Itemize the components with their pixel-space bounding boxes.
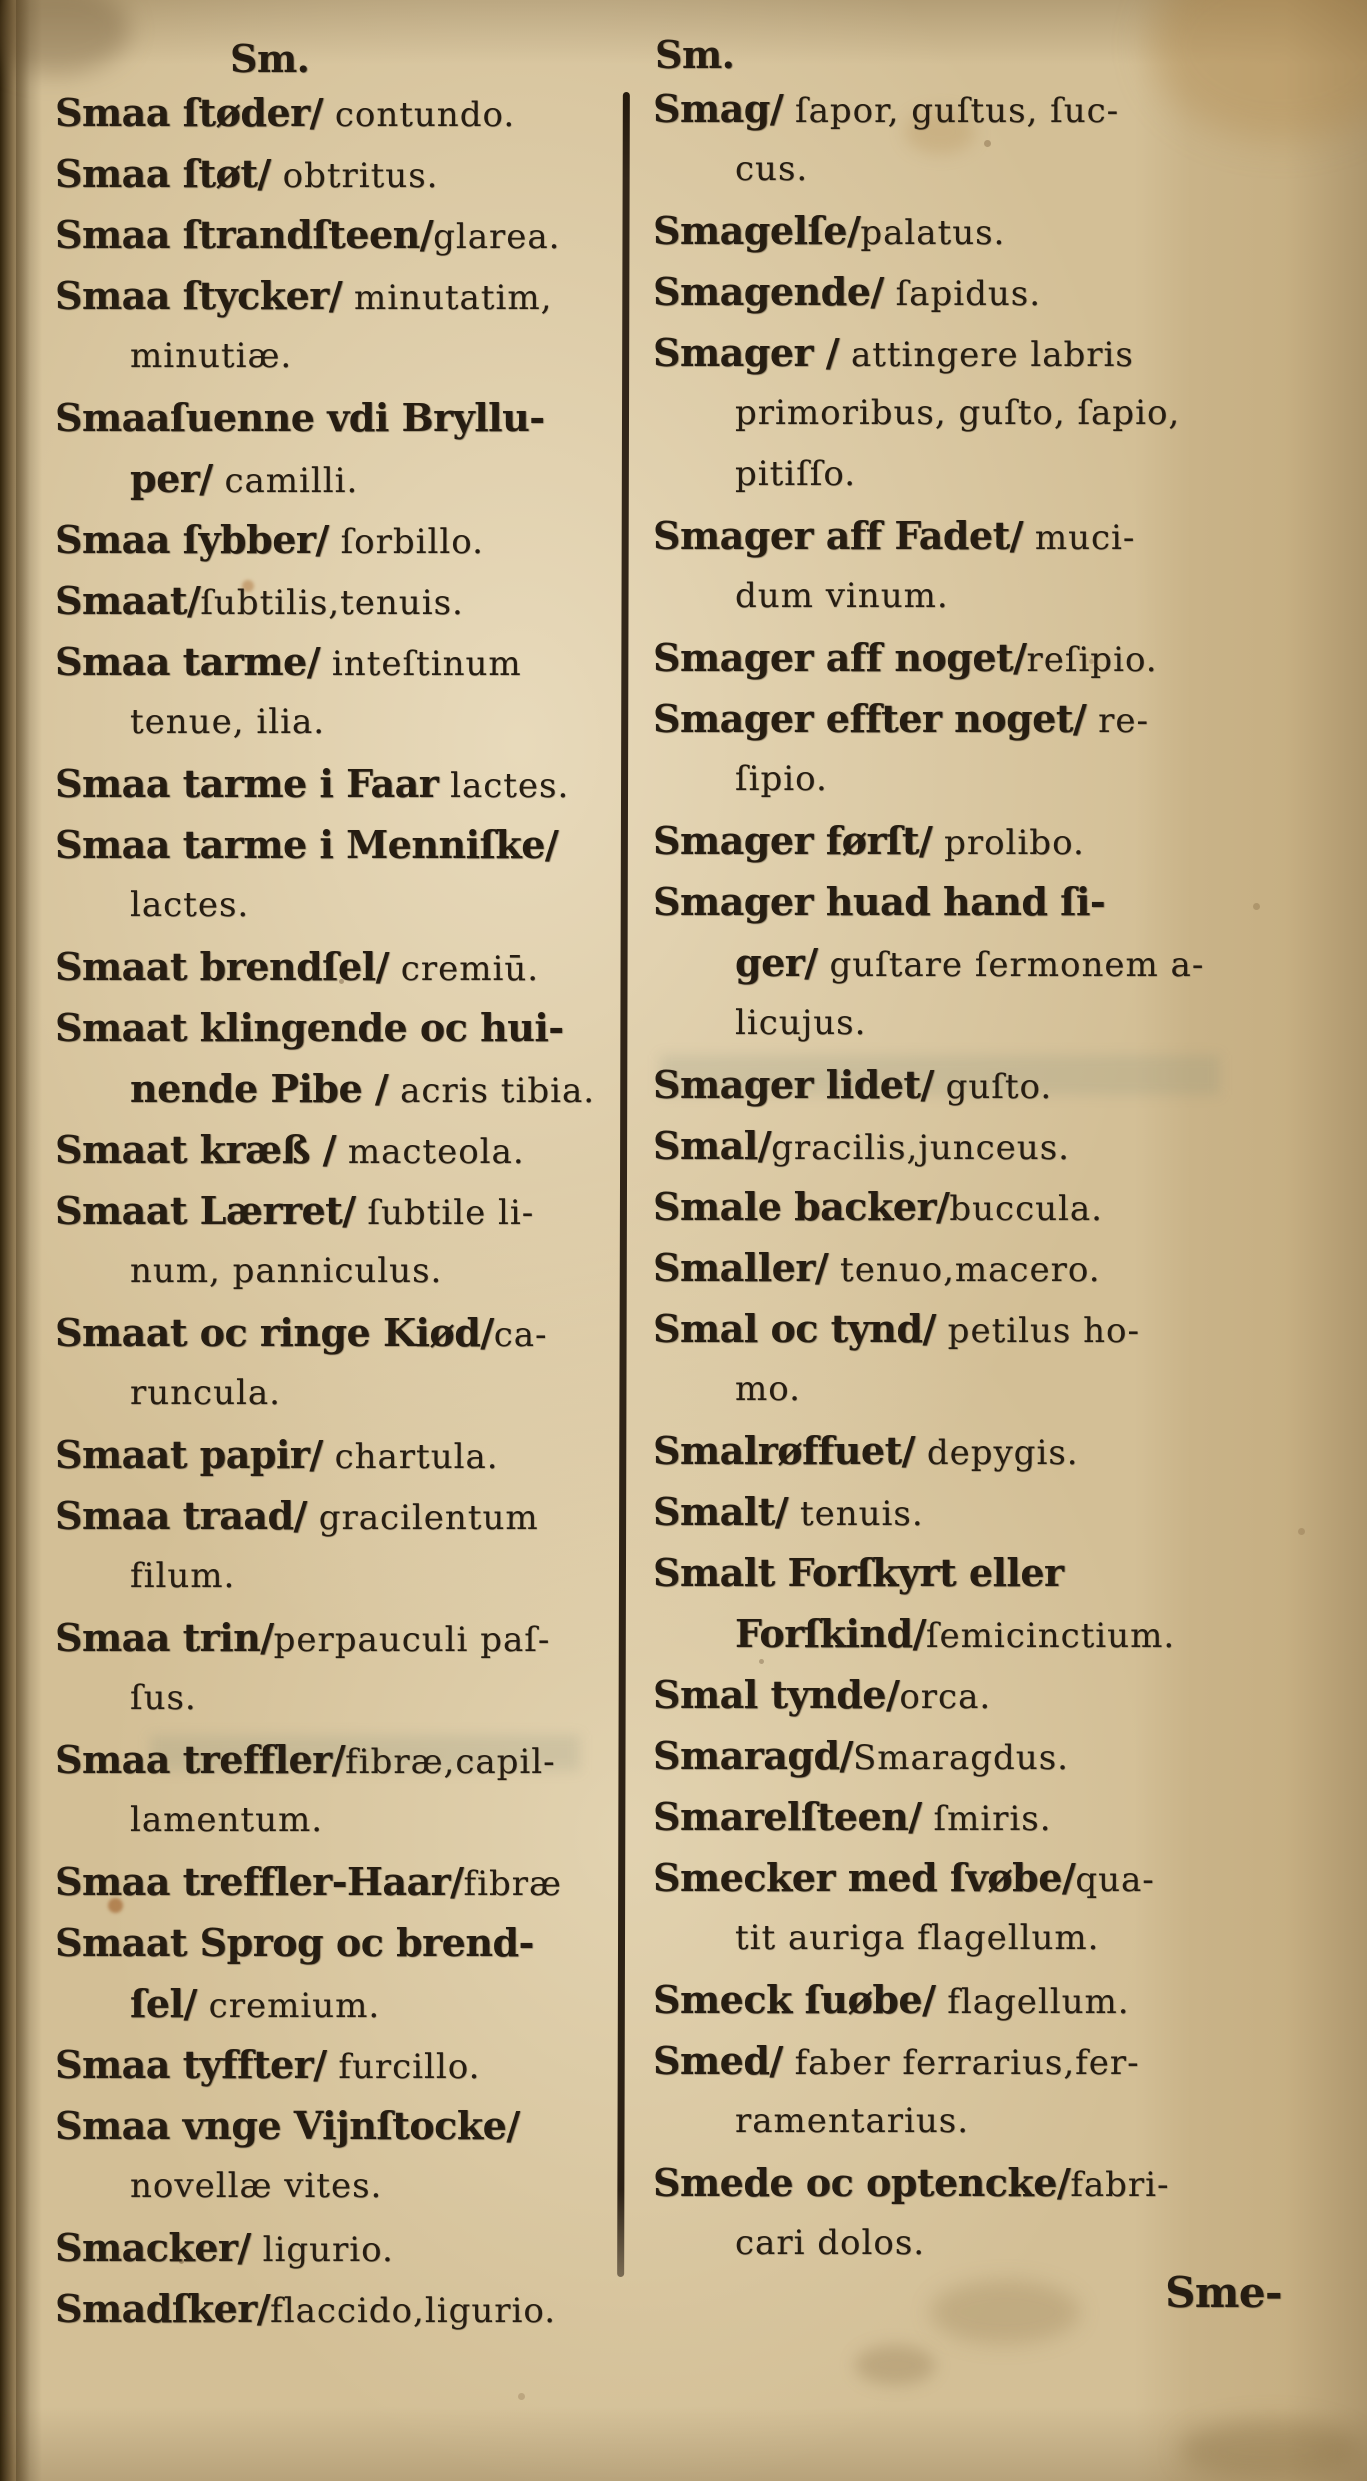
headword-text: Smadſker/ [55,2286,270,2331]
latin-gloss-text: fabri- [1070,2165,1169,2205]
headword-text: Smaat Lærret/ [55,1188,356,1233]
latin-gloss-text: ſapor, guſtus, ſuc- [783,91,1119,131]
latin-gloss-text: macteola. [336,1132,525,1172]
entry-line: lactes. [55,875,630,936]
headword-text: Smaa tyffter/ [55,2042,327,2087]
latin-gloss-text: camilli. [213,461,359,501]
entry-line: ſus. [55,1668,630,1729]
latin-gloss-text: prolibo. [932,823,1085,863]
entry-line: Smal oc tynd/ petilus ho- [653,1298,1353,1359]
latin-gloss-text: qua- [1075,1860,1154,1900]
latin-gloss-text: glarea. [433,217,560,257]
entry-line: Smag/ ſapor, guſtus, ſuc- [653,78,1353,139]
latin-gloss-text: perpauculi paſ- [274,1620,551,1660]
latin-gloss-text: reſipio. [1026,640,1157,680]
entry-line: primoribus, guſto, ſapio, [653,383,1353,444]
latin-gloss-text: palatus. [860,213,1005,253]
headword-text: Smaller/ [653,1245,828,1290]
latin-gloss-text: ligurio. [251,2230,394,2270]
entry-line: Smager aff noget/reſipio. [653,627,1353,688]
entry-line: Smal/gracilis,junceus. [653,1115,1353,1176]
entry-line: Smalrøffuet/ depygis. [653,1420,1353,1481]
entry-line: Smaa trin/perpauculi paſ- [55,1607,630,1668]
latin-gloss-text: cus. [735,149,808,189]
latin-gloss-text: contundo. [323,95,515,135]
entry-line: Smaa tarme i Menniſke/ [55,814,630,875]
entry-line: cus. [653,139,1353,200]
latin-gloss-text: gracilentum [307,1498,539,1538]
latin-gloss-text: chartula. [323,1437,499,1477]
left-column: Smaa ſtøder/ contundo.Smaa ſtøt/ obtritu… [55,82,630,2339]
entry-line: mo. [653,1359,1353,1420]
entry-line: Forſkind/ſemicinctium. [653,1603,1353,1664]
latin-gloss-text: Smaragdus. [853,1738,1069,1778]
entry-line: lamentum. [55,1790,630,1851]
running-head-right: Sm. [655,32,734,77]
headword-text: Smalt/ [653,1489,788,1534]
entry-line: Smal tynde/orca. [653,1664,1353,1725]
paper-stain [1180,2420,1360,2480]
headword-text: Smaat Sprog oc brend- [55,1920,534,1965]
entry-line: Smale backer/buccula. [653,1176,1353,1237]
headword-text: Smager lidet/ [653,1062,934,1107]
headword-text: Smager / [653,330,839,375]
entry-line: Smarelſteen/ ſmiris. [653,1786,1353,1847]
latin-gloss-text: dum vinum. [735,576,949,616]
latin-gloss-text: ramentarius. [735,2101,969,2141]
entry-line: Smagende/ ſapidus. [653,261,1353,322]
latin-gloss-text: licujus. [735,1003,866,1043]
latin-gloss-text: primoribus, guſto, ſapio, [735,393,1180,433]
entry-line: Smaa ſybber/ ſorbillo. [55,509,630,570]
headword-text: Smaa ſtycker/ [55,273,342,318]
headword-text: Smaat kræß / [55,1127,336,1172]
book-page-scan: Sm. Sm. Smaa ſtøder/ contundo.Smaa ſtøt/… [0,0,1367,2481]
paper-specks [0,0,3,3]
headword-text: Smalrøffuet/ [653,1428,915,1473]
headword-text: Smal oc tynd/ [653,1306,936,1351]
entry-line: Smacker/ ligurio. [55,2217,630,2278]
entry-line: Smaa tarme/ inteſtinum [55,631,630,692]
latin-gloss-text: inteſtinum [320,644,522,684]
entry-line: Smaa vnge Vijnſtocke/ [55,2095,630,2156]
headword-text: Smaa tarme/ [55,639,320,684]
entry-line: minutiæ. [55,326,630,387]
headword-text: Smal/ [653,1123,771,1168]
entry-line: Smaller/ tenuo,macero. [653,1237,1353,1298]
entry-line: Smaat oc ringe Kiød/ca- [55,1302,630,1363]
entry-line: licujus. [653,993,1353,1054]
entry-line: Smaat/ſubtilis,tenuis. [55,570,630,631]
entry-line: per/ camilli. [55,448,630,509]
latin-gloss-text: ſubtilis,tenuis. [200,583,464,623]
latin-gloss-text: petilus ho- [936,1311,1140,1351]
entry-line: Smaat Lærret/ ſubtile li- [55,1180,630,1241]
latin-gloss-text: guſtare ſermonem a- [818,945,1205,985]
latin-gloss-text: lamentum. [130,1800,323,1840]
entry-line: novellæ vites. [55,2156,630,2217]
entry-line: ſel/ cremium. [55,1973,630,2034]
entry-line: num, panniculus. [55,1241,630,1302]
headword-text: Smaa treffler-Haar/ [55,1859,464,1904]
latin-gloss-text: gracilis,junceus. [771,1128,1070,1168]
latin-gloss-text: mo. [735,1369,801,1409]
entry-line: Smaat Sprog oc brend- [55,1912,630,1973]
latin-gloss-text: lactes. [130,885,249,925]
entry-line: Smagelſe/palatus. [653,200,1353,261]
entry-line: Smaa tyffter/ furcillo. [55,2034,630,2095]
latin-gloss-text: muci- [1023,518,1135,558]
latin-gloss-text: attingere labris [839,335,1134,375]
entry-line: ramentarius. [653,2091,1353,2152]
headword-text: Smaa trin/ [55,1615,274,1660]
headword-text: Smaa treffler/ [55,1737,345,1782]
latin-gloss-text: cremiū. [389,949,539,989]
latin-gloss-text: tenue, ilia. [130,702,325,742]
latin-gloss-text: ſapidus. [884,274,1041,314]
headword-text: Smaa vnge Vijnſtocke/ [55,2103,520,2148]
headword-text: Smaat oc ringe Kiød/ [55,1310,494,1355]
entry-line: Smalt Forſkyrt eller [653,1542,1353,1603]
entry-line: Smaa ſtøt/ obtritus. [55,143,630,204]
headword-text: ger/ [735,940,818,985]
entry-line: Smager lidet/ guſto. [653,1054,1353,1115]
headword-text: Smecker med ſvøbe/ [653,1855,1075,1900]
entry-line: Smager førſt/ prolibo. [653,810,1353,871]
latin-gloss-text: cremium. [197,1986,380,2026]
headword-text: per/ [130,456,213,501]
latin-gloss-text: ſipio. [735,759,828,799]
entry-line: Smaaſuenne vdi Bryllu- [55,387,630,448]
headword-text: Smager aff noget/ [653,635,1026,680]
headword-text: Smaragd/ [653,1733,853,1778]
headword-text: Smager effter noget/ [653,696,1086,741]
headword-text: Smaa traad/ [55,1493,307,1538]
headword-text: Smale backer/ [653,1184,949,1229]
headword-text: Smed/ [653,2038,783,2083]
latin-gloss-text: buccula. [949,1189,1103,1229]
headword-text: Smager førſt/ [653,818,932,863]
latin-gloss-text: fibræ,capil- [345,1742,556,1782]
entry-line: cari dolos. [653,2213,1353,2274]
entry-line: Smaa treffler-Haar/fibræ [55,1851,630,1912]
headword-text: Smaaſuenne vdi Bryllu- [55,395,545,440]
headword-text: Smager huad hand ſi- [653,879,1105,924]
entry-line: tenue, ilia. [55,692,630,753]
entry-line: Smaragd/Smaragdus. [653,1725,1353,1786]
entry-line: Smaa treffler/fibræ,capil- [55,1729,630,1790]
entry-line: Smaa ſtøder/ contundo. [55,82,630,143]
catchword: Sme- [1165,2268,1282,2317]
latin-gloss-text: fibræ [464,1864,562,1904]
latin-gloss-text: furcillo. [327,2047,481,2087]
running-head-left: Sm. [230,36,309,81]
entry-line: Smaa tarme i Faar lactes. [55,753,630,814]
entry-line: Smaat kræß / macteola. [55,1119,630,1180]
latin-gloss-text: ſus. [130,1678,197,1718]
entry-line: Smaat papir/ chartula. [55,1424,630,1485]
entry-line: dum vinum. [653,566,1353,627]
headword-text: Smalt Forſkyrt eller [653,1550,1064,1595]
latin-gloss-text: acris tibia. [388,1071,595,1111]
headword-text: Smaa ſtøder/ [55,90,323,135]
headword-text: Smaat klingende oc hui- [55,1005,564,1050]
entry-line: Smager effter noget/ re- [653,688,1353,749]
latin-gloss-text: runcula. [130,1373,281,1413]
entry-line: Smed/ faber ferrarius,fer- [653,2030,1353,2091]
entry-line: Smecker med ſvøbe/qua- [653,1847,1353,1908]
headword-text: Smager aff Fadet/ [653,513,1023,558]
headword-text: Smaat/ [55,578,200,623]
right-column: Smag/ ſapor, guſtus, ſuc-cus.Smagelſe/pa… [653,78,1353,2274]
latin-gloss-text: tenuo,macero. [828,1250,1100,1290]
latin-gloss-text: num, panniculus. [130,1251,442,1291]
latin-gloss-text: orca. [899,1677,991,1717]
entry-line: Smeck ſuøbe/ flagellum. [653,1969,1353,2030]
latin-gloss-text: lactes. [438,766,569,806]
headword-text: Smaat papir/ [55,1432,323,1477]
entry-line: Smager / attingere labris [653,322,1353,383]
entry-line: Smaa ſtycker/ minutatim, [55,265,630,326]
headword-text: Smagende/ [653,269,884,314]
latin-gloss-text: flaccido,ligurio. [270,2291,556,2331]
headword-text: Smaa tarme i Faar [55,761,438,806]
entry-line: Smaa traad/ gracilentum [55,1485,630,1546]
entry-line: runcula. [55,1363,630,1424]
latin-gloss-text: ſmiris. [922,1799,1052,1839]
entry-line: filum. [55,1546,630,1607]
latin-gloss-text: cari dolos. [735,2223,925,2263]
latin-gloss-text: guſto. [934,1067,1052,1107]
latin-gloss-text: re- [1086,701,1149,741]
latin-gloss-text: faber ferrarius,fer- [783,2043,1140,2083]
headword-text: Forſkind/ [735,1611,926,1656]
headword-text: Smarelſteen/ [653,1794,922,1839]
headword-text: Smeck ſuøbe/ [653,1977,935,2022]
headword-text: nende Pibe / [130,1066,388,1111]
latin-gloss-text: minutatim, [342,278,552,318]
gutter-crease [16,0,42,2481]
entry-line: ger/ guſtare ſermonem a- [653,932,1353,993]
latin-gloss-text: ca- [494,1315,548,1355]
headword-text: Smag/ [653,86,783,131]
entry-line: Smadſker/flaccido,ligurio. [55,2278,630,2339]
latin-gloss-text: ſorbillo. [329,522,484,562]
entry-line: tit auriga flagellum. [653,1908,1353,1969]
headword-text: ſel/ [130,1981,197,2026]
headword-text: Smede oc optencke/ [653,2160,1070,2205]
entry-line: Smede oc optencke/fabri- [653,2152,1353,2213]
entry-line: Smaa ſtrandſteen/glarea. [55,204,630,265]
paper-stain [930,2280,1080,2344]
headword-text: Smaa ſybber/ [55,517,329,562]
latin-gloss-text: depygis. [915,1433,1079,1473]
entry-line: Smalt/ tenuis. [653,1481,1353,1542]
headword-text: Smaa tarme i Menniſke/ [55,822,558,867]
headword-text: Smaa ſtrandſteen/ [55,212,433,257]
latin-gloss-text: novellæ vites. [130,2166,382,2206]
latin-gloss-text: flagellum. [935,1982,1129,2022]
entry-line: Smager aff Fadet/ muci- [653,505,1353,566]
entry-line: ſipio. [653,749,1353,810]
paper-stain [855,2345,935,2385]
latin-gloss-text: obtritus. [271,156,439,196]
entry-line: pitiſſo. [653,444,1353,505]
latin-gloss-text: filum. [130,1556,235,1596]
headword-text: Smagelſe/ [653,208,860,253]
latin-gloss-text: ſemicinctium. [926,1616,1175,1656]
headword-text: Smaa ſtøt/ [55,151,271,196]
headword-text: Smacker/ [55,2225,251,2270]
entry-line: Smager huad hand ſi- [653,871,1353,932]
entry-line: Smaat brendſel/ cremiū. [55,936,630,997]
headword-text: Smal tynde/ [653,1672,899,1717]
latin-gloss-text: tenuis. [788,1494,924,1534]
entry-line: nende Pibe / acris tibia. [55,1058,630,1119]
latin-gloss-text: pitiſſo. [735,454,856,494]
catchword-text: Sme- [1165,2268,1282,2317]
latin-gloss-text: tit auriga flagellum. [735,1918,1099,1958]
headword-text: Smaat brendſel/ [55,944,389,989]
latin-gloss-text: ſubtile li- [356,1193,535,1233]
latin-gloss-text: minutiæ. [130,336,292,376]
entry-line: Smaat klingende oc hui- [55,997,630,1058]
